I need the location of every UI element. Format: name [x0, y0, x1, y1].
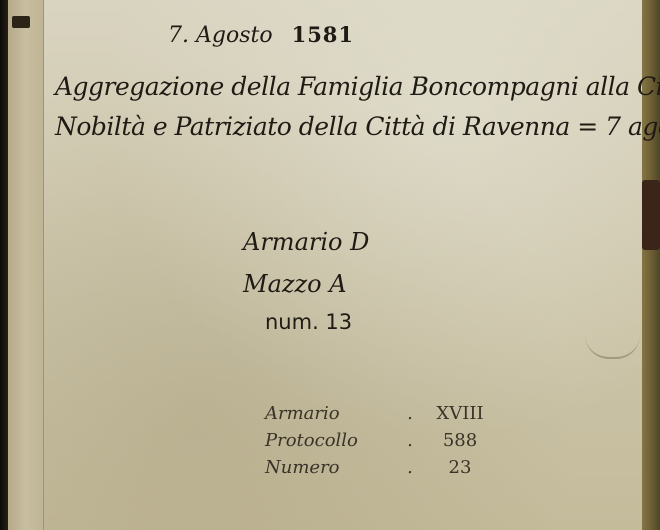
later-value: 588	[425, 430, 495, 451]
shelfmark-mazzo: Mazzo A	[243, 270, 347, 298]
later-label: Numero	[265, 457, 395, 478]
later-separator: .	[395, 430, 425, 451]
later-shelfmark-row: Numero . 23	[265, 454, 495, 481]
later-label: Protocollo	[265, 430, 395, 451]
later-shelfmark-block: Armario . XVIII Protocollo . 588 Numero …	[265, 400, 495, 481]
document-photo: 7. Agosto 1581 Aggregazione della Famigl…	[0, 0, 660, 530]
binding-ribbon	[642, 180, 660, 250]
date-line: 7. Agosto 1581	[168, 22, 354, 48]
title-line-2: Nobiltà e Patriziato della Città di Rave…	[55, 112, 660, 141]
shelfmark-armario: Armario D	[243, 228, 369, 256]
later-separator: .	[395, 403, 425, 424]
shelfmark-numero: num. 13	[265, 310, 352, 334]
date-year: 1581	[292, 22, 354, 47]
binding-tab	[12, 16, 30, 28]
folded-edge	[8, 0, 44, 530]
later-separator: .	[395, 457, 425, 478]
later-shelfmark-row: Armario . XVIII	[265, 400, 495, 427]
later-shelfmark-row: Protocollo . 588	[265, 427, 495, 454]
later-label: Armario	[265, 403, 395, 424]
title-line-1: Aggregazione della Famiglia Boncompagni …	[55, 72, 660, 101]
date-day-month: 7. Agosto	[168, 23, 273, 48]
later-value: XVIII	[425, 403, 495, 424]
later-value: 23	[425, 457, 495, 478]
